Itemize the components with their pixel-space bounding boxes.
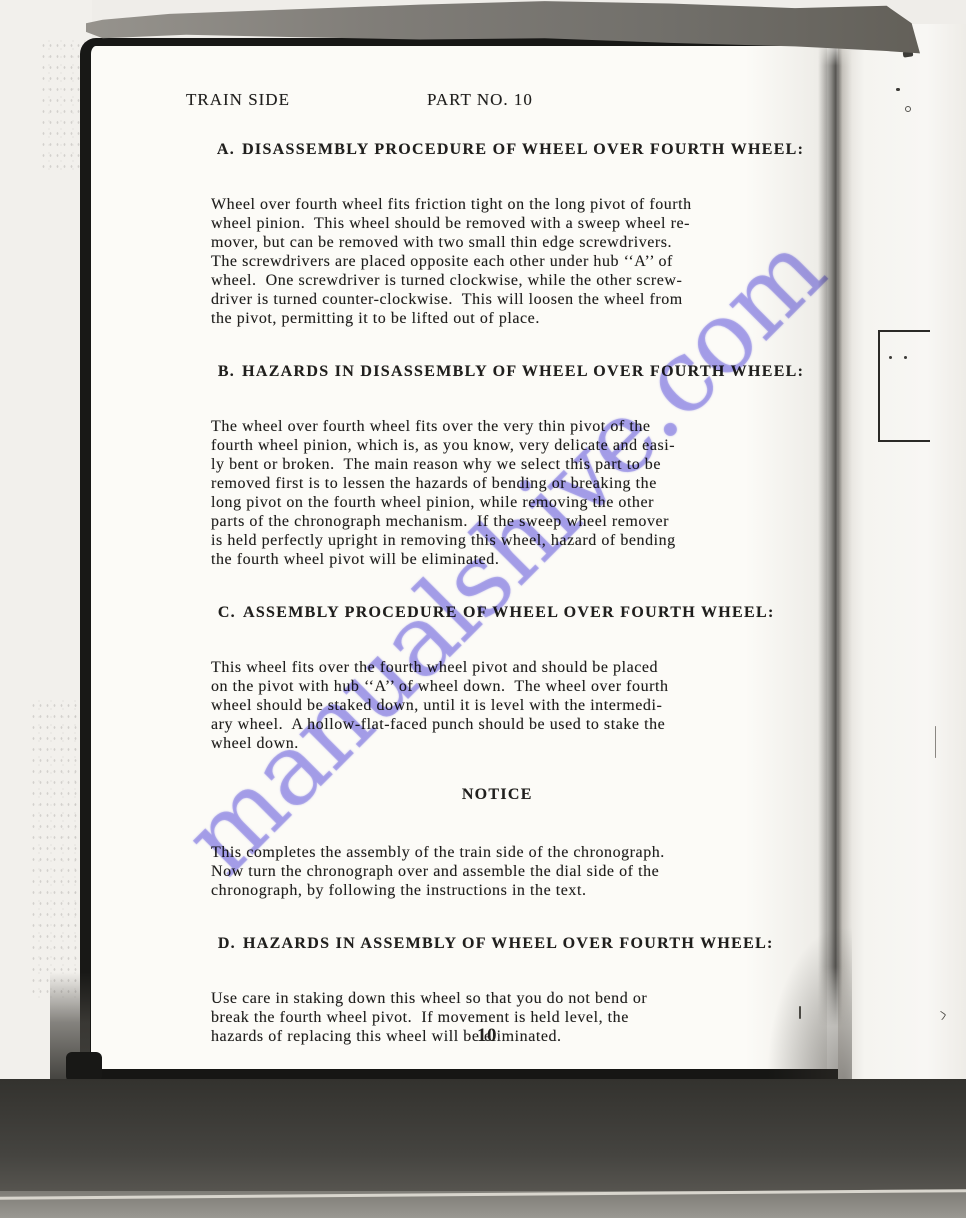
text-line: is held perfectly upright in removing th… bbox=[211, 531, 810, 550]
page-header: TRAIN SIDE PART NO. 10 bbox=[186, 90, 810, 106]
section-paragraph: Use care in staking down this wheel so t… bbox=[211, 989, 810, 1046]
text-line: The screwdrivers are placed opposite eac… bbox=[211, 252, 810, 271]
section-paragraph: This wheel fits over the fourth wheel pi… bbox=[211, 658, 810, 753]
text-line: removed first is to lessen the hazards o… bbox=[211, 474, 810, 493]
section-letter: A. bbox=[217, 141, 235, 158]
text-line: long pivot on the fourth wheel pinion, w… bbox=[211, 493, 810, 512]
text-line: on the pivot with hub ‘‘A’’ of wheel dow… bbox=[211, 677, 810, 696]
document-section: B.HAZARDS IN DISASSEMBLY OF WHEEL OVER F… bbox=[186, 346, 810, 569]
section-heading: A.DISASSEMBLY PROCEDURE OF WHEEL OVER FO… bbox=[186, 124, 810, 175]
header-left-title: TRAIN SIDE bbox=[186, 90, 290, 109]
scan-speck bbox=[896, 88, 900, 91]
header-part-number: PART NO. 10 bbox=[427, 90, 533, 109]
page-number: 10 bbox=[477, 1025, 497, 1047]
text-line: wheel. One screwdriver is turned clockwi… bbox=[211, 271, 810, 290]
text-line: hazards of replacing this wheel will be … bbox=[211, 1027, 810, 1046]
document-section: A.DISASSEMBLY PROCEDURE OF WHEEL OVER FO… bbox=[186, 124, 810, 328]
scanned-manual-page: TRAIN SIDE PART NO. 10 A.DISASSEMBLY PRO… bbox=[0, 0, 966, 1218]
document-section: NOTICE This completes the assembly of th… bbox=[186, 769, 810, 900]
document-section: D.HAZARDS IN ASSEMBLY OF WHEEL OVER FOUR… bbox=[186, 918, 810, 1046]
text-line: Use care in staking down this wheel so t… bbox=[211, 989, 810, 1008]
section-paragraph: This completes the assembly of the train… bbox=[211, 843, 810, 900]
side-rectangle-mark bbox=[878, 330, 930, 442]
text-line: This completes the assembly of the train… bbox=[211, 843, 810, 862]
text-line: ly bent or broken. The main reason why w… bbox=[211, 455, 810, 474]
text-line: break the fourth wheel pivot. If movemen… bbox=[211, 1008, 810, 1027]
scan-bottom-band bbox=[0, 1079, 966, 1218]
text-line: Wheel over fourth wheel fits friction ti… bbox=[211, 195, 810, 214]
gutter-shadow bbox=[818, 36, 852, 1026]
text-line: This wheel fits over the fourth wheel pi… bbox=[211, 658, 810, 677]
scan-speck bbox=[889, 356, 892, 359]
section-title: DISASSEMBLY PROCEDURE OF WHEEL OVER FOUR… bbox=[242, 141, 804, 158]
text-line: the pivot, permitting it to be lifted ou… bbox=[211, 309, 810, 328]
text-line: Now turn the chronograph over and assemb… bbox=[211, 862, 810, 881]
page-content: TRAIN SIDE PART NO. 10 A.DISASSEMBLY PRO… bbox=[186, 90, 810, 1192]
text-line: wheel should be staked down, until it is… bbox=[211, 696, 810, 715]
scan-speck bbox=[935, 726, 936, 758]
section-letter: B. bbox=[218, 363, 235, 380]
section-paragraph: Wheel over fourth wheel fits friction ti… bbox=[211, 195, 810, 328]
sections-container: A.DISASSEMBLY PROCEDURE OF WHEEL OVER FO… bbox=[186, 124, 810, 1192]
section-title: NOTICE bbox=[462, 786, 533, 803]
text-line: driver is turned counter-clockwise. This… bbox=[211, 290, 810, 309]
section-letter: D. bbox=[218, 935, 236, 952]
text-line: wheel down. bbox=[211, 734, 810, 753]
text-line: wheel pinion. This wheel should be remov… bbox=[211, 214, 810, 233]
section-title: ASSEMBLY PROCEDURE OF WHEEL OVER FOURTH … bbox=[243, 604, 775, 621]
scan-corner-blob bbox=[66, 1052, 102, 1082]
section-heading: NOTICE bbox=[430, 769, 810, 820]
section-heading: C.ASSEMBLY PROCEDURE OF WHEEL OVER FOURT… bbox=[186, 587, 810, 638]
document-section: C.ASSEMBLY PROCEDURE OF WHEEL OVER FOURT… bbox=[186, 587, 810, 753]
text-line: the fourth wheel pivot will be eliminate… bbox=[211, 550, 810, 569]
text-line: mover, but can be removed with two small… bbox=[211, 233, 810, 252]
text-line: parts of the chronograph mechanism. If t… bbox=[211, 512, 810, 531]
text-line: The wheel over fourth wheel fits over th… bbox=[211, 417, 810, 436]
section-paragraph: The wheel over fourth wheel fits over th… bbox=[211, 417, 810, 569]
section-letter: C. bbox=[218, 604, 236, 621]
section-title: HAZARDS IN ASSEMBLY OF WHEEL OVER FOURTH… bbox=[243, 935, 774, 952]
adjacent-page-edge bbox=[836, 24, 966, 1086]
scan-speck bbox=[904, 356, 907, 359]
section-heading: B.HAZARDS IN DISASSEMBLY OF WHEEL OVER F… bbox=[186, 346, 810, 397]
section-heading: D.HAZARDS IN ASSEMBLY OF WHEEL OVER FOUR… bbox=[186, 918, 810, 969]
text-line: fourth wheel pinion, which is, as you kn… bbox=[211, 436, 810, 455]
section-title: HAZARDS IN DISASSEMBLY OF WHEEL OVER FOU… bbox=[242, 363, 804, 380]
scan-speck bbox=[905, 106, 911, 112]
text-line: ary wheel. A hollow-flat-faced punch sho… bbox=[211, 715, 810, 734]
text-line: chronograph, by following the instructio… bbox=[211, 881, 810, 900]
